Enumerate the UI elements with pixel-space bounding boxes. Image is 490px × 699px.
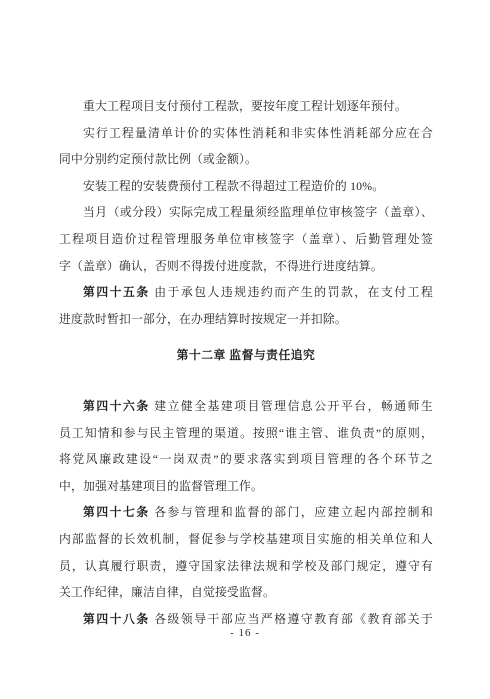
page-number: - 16 - [0, 627, 490, 639]
text-line: 工程项目造价过程管理服务单位审核签字（盖章）、后勤管理处签 [59, 226, 433, 253]
bold-text-segment: 第四十七条 [83, 505, 150, 519]
bold-text-segment: 第十二章 监督与责任追究 [177, 348, 316, 362]
bold-text-segment: 第四十六条 [83, 399, 150, 413]
text-segment: 工程项目造价过程管理服务单位审核签字（盖章）、后勤管理处签 [59, 232, 433, 246]
text-segment: 进度款时暂扣一部分，在办理结算时按规定一并扣除。 [59, 312, 347, 326]
text-line: 内部监督的长效机制，督促参与学校基建项目实施的相关单位和人 [59, 526, 433, 553]
text-segment: 由于承包人违规违约而产生的罚款，在支付工程 [150, 285, 433, 299]
text-line: 关工作纪律，廉洁自律，自觉接受监督。 [59, 579, 433, 606]
text-line: 员，认真履行职责，遵守国家法律法规和学校及部门规定，遵守有 [59, 553, 433, 580]
text-segment: 将党风廉政建设“一岗双责”的要求落实到项目管理的各个环节之 [59, 452, 433, 466]
text-line: 重大工程项目支付预付工程款，要按年度工程计划逐年预付。 [59, 93, 433, 120]
text-line: 员工知情和参与民主管理的渠道。按照“谁主管、谁负责”的原则， [59, 420, 433, 447]
text-segment: 安装工程的安装费预付工程款不得超过工程造价的 10%。 [83, 179, 384, 193]
chapter-heading: 第十二章 监督与责任追究 [59, 342, 433, 369]
text-segment: 字（盖章）确认，否则不得拨付进度款，不得进行进度结算。 [59, 259, 383, 273]
text-segment: 各参与管理和监督的部门，应建立起内部控制和 [150, 505, 433, 519]
text-segment: 实行工程量清单计价的实体性消耗和非实体性消耗部分应在合 [83, 126, 433, 140]
text-line: 同中分别约定预付款比例（或金额）。 [59, 146, 433, 173]
text-segment: 建立健全基建项目管理信息公开平台，畅通师生 [150, 399, 433, 413]
bold-text-segment: 第四十五条 [83, 285, 150, 299]
text-segment: 关工作纪律，廉洁自律，自觉接受监督。 [59, 585, 275, 599]
bold-text-segment: 第四十八条 [83, 612, 150, 626]
text-line: 当月（或分段）实际完成工程量须经监理单位审核签字（盖章）、 [59, 199, 433, 226]
text-segment: 员，认真履行职责，遵守国家法律法规和学校及部门规定，遵守有 [59, 559, 433, 573]
text-line: 第四十七条 各参与管理和监督的部门，应建立起内部控制和 [59, 499, 433, 526]
document-page: 重大工程项目支付预付工程款，要按年度工程计划逐年预付。实行工程量清单计价的实体性… [0, 0, 490, 699]
text-segment: 重大工程项目支付预付工程款，要按年度工程计划逐年预付。 [83, 99, 407, 113]
text-line: 进度款时暂扣一部分，在办理结算时按规定一并扣除。 [59, 306, 433, 333]
text-line: 安装工程的安装费预付工程款不得超过工程造价的 10%。 [59, 173, 433, 200]
text-line: 实行工程量清单计价的实体性消耗和非实体性消耗部分应在合 [59, 120, 433, 147]
text-segment: 同中分别约定预付款比例（或金额）。 [59, 152, 257, 166]
text-line: 第四十五条 由于承包人违规违约而产生的罚款，在支付工程 [59, 279, 433, 306]
text-line: 第四十六条 建立健全基建项目管理信息公开平台，畅通师生 [59, 393, 433, 420]
text-line: 字（盖章）确认，否则不得拨付进度款，不得进行进度结算。 [59, 253, 433, 280]
text-line: 中，加强对基建项目的监督管理工作。 [59, 473, 433, 500]
text-segment: 内部监督的长效机制，督促参与学校基建项目实施的相关单位和人 [59, 532, 433, 546]
text-segment: 中，加强对基建项目的监督管理工作。 [59, 479, 263, 493]
document-body: 重大工程项目支付预付工程款，要按年度工程计划逐年预付。实行工程量清单计价的实体性… [59, 93, 433, 632]
text-segment: 各级领导干部应当严格遵守教育部《教育部关于 [150, 612, 433, 626]
text-segment: 员工知情和参与民主管理的渠道。按照“谁主管、谁负责”的原则， [59, 426, 433, 440]
text-segment: 当月（或分段）实际完成工程量须经监理单位审核签字（盖章）、 [83, 205, 433, 219]
text-line: 将党风廉政建设“一岗双责”的要求落实到项目管理的各个环节之 [59, 446, 433, 473]
